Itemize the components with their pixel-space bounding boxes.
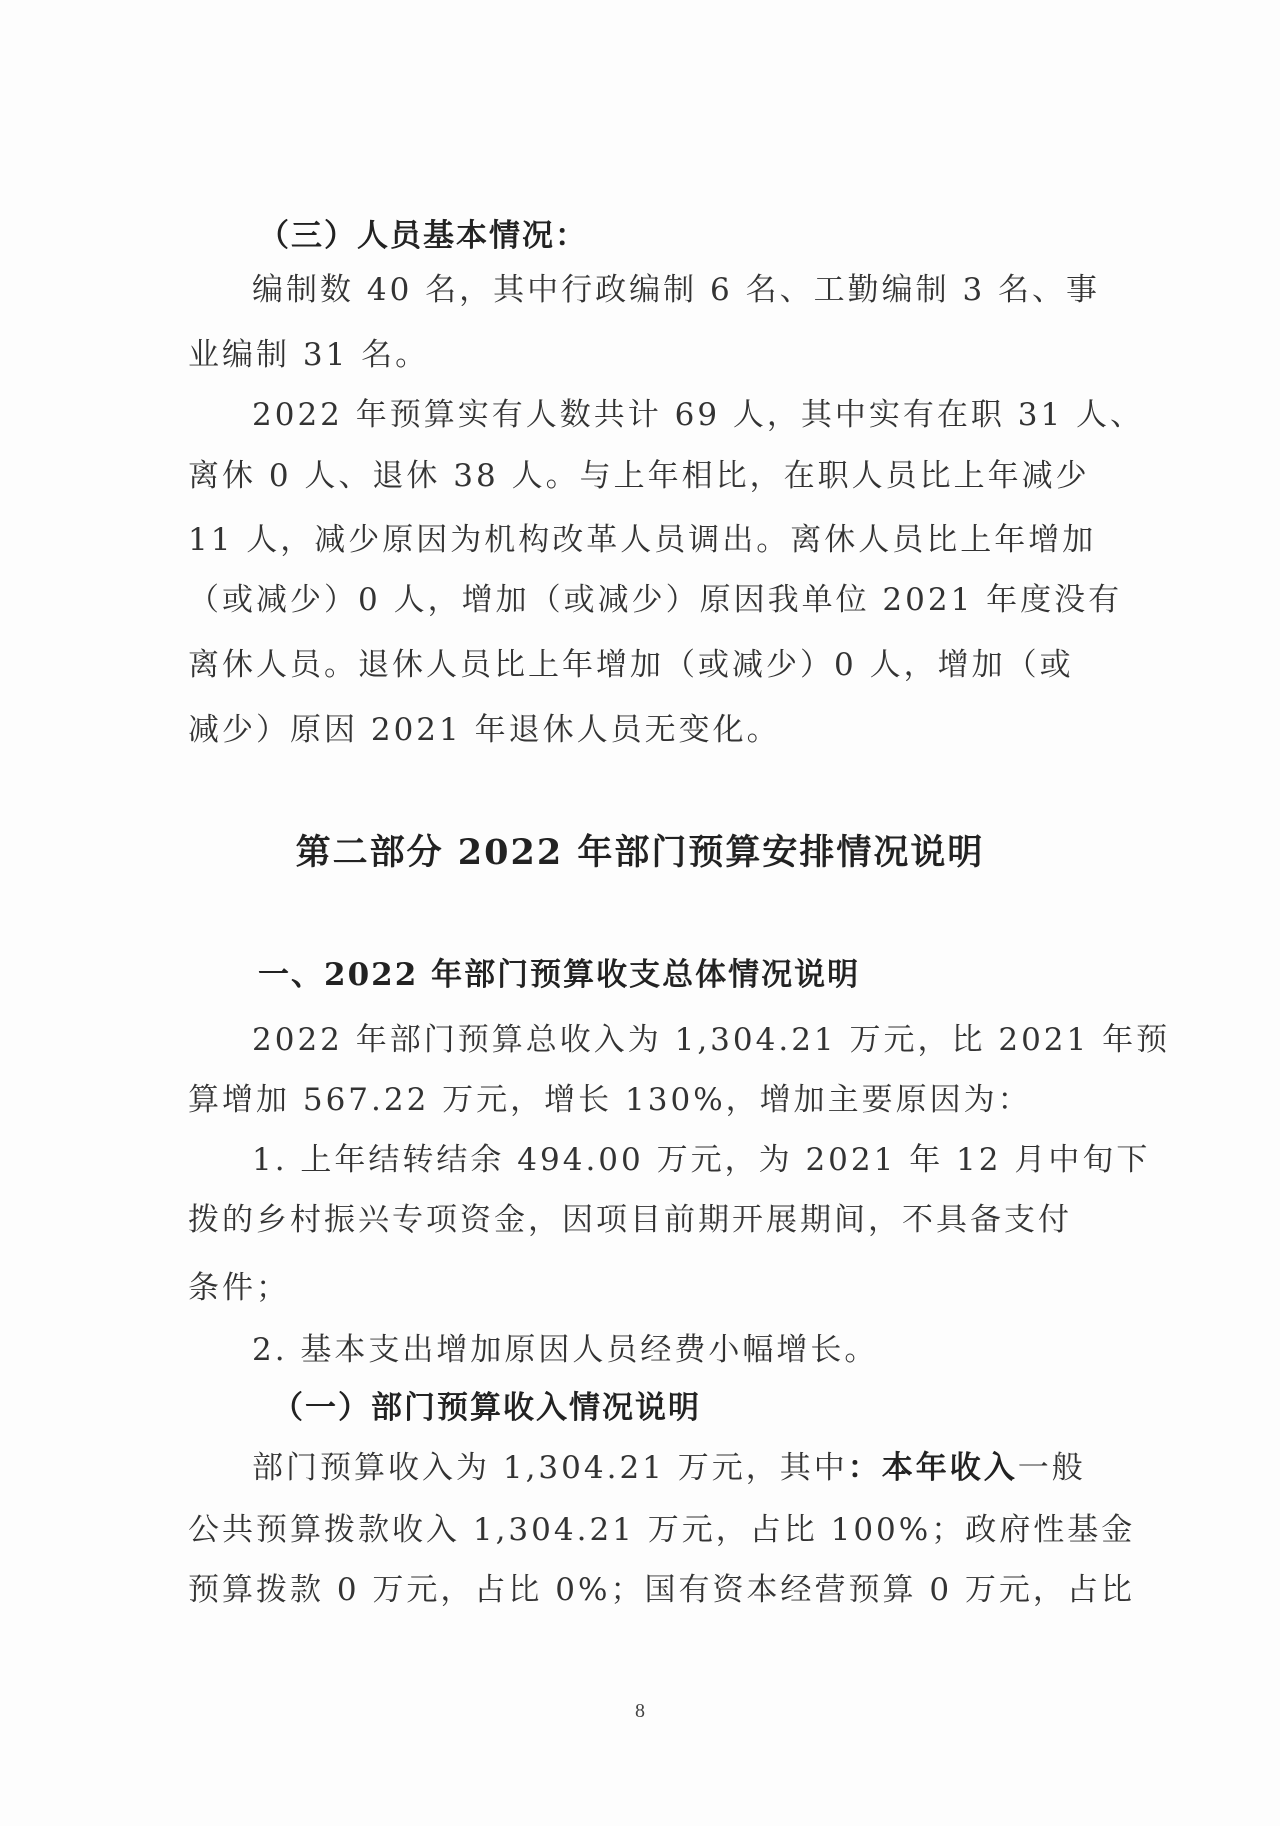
bold-text-segment: ：本年收入	[848, 1450, 1018, 1486]
text-line: 2022 年预算实有人数共计 69 人，其中实有在职 31 人、	[252, 395, 1144, 435]
text-line: （或减少）0 人，增加（或减少）原因我单位 2021 年度没有	[188, 580, 1122, 620]
page-number: 8	[0, 1700, 1280, 1723]
document-page: （三）人员基本情况： 编制数 40 名，其中行政编制 6 名、工勤编制 3 名、…	[0, 0, 1280, 1826]
text-line: 离休 0 人、退休 38 人。与上年相比，在职人员比上年减少	[188, 456, 1090, 496]
section-heading-personnel: （三）人员基本情况：	[258, 216, 588, 256]
section-heading-income: （一）部门预算收入情况说明	[272, 1388, 701, 1428]
text-segment: 部门预算收入为 1,304.21 万元，其中	[252, 1450, 848, 1486]
text-line: 预算拨款 0 万元，占比 0%；国有资本经营预算 0 万元，占比	[188, 1570, 1135, 1610]
text-line: 算增加 567.22 万元，增长 130%，增加主要原因为：	[188, 1080, 1032, 1120]
text-segment: 一般	[1018, 1450, 1086, 1486]
list-item-2: 2. 基本支出增加原因人员经费小幅增长。	[252, 1330, 878, 1370]
text-line: 公共预算拨款收入 1,304.21 万元，占比 100%；政府性基金	[188, 1510, 1135, 1550]
text-line: 11 人，减少原因为机构改革人员调出。离休人员比上年增加	[188, 520, 1096, 560]
list-item-1: 1. 上年结转结余 494.00 万元，为 2021 年 12 月中旬下	[252, 1140, 1150, 1180]
text-line: 离休人员。退休人员比上年增加（或减少）0 人，增加（或	[188, 645, 1074, 685]
text-line-income: 部门预算收入为 1,304.21 万元，其中：本年收入一般	[252, 1448, 1086, 1488]
text-line: 业编制 31 名。	[188, 335, 429, 375]
text-line: 减少）原因 2021 年退休人员无变化。	[188, 710, 781, 750]
text-line: 拨的乡村振兴专项资金，因项目前期开展期间，不具备支付	[188, 1200, 1072, 1240]
text-line: 条件；	[188, 1268, 290, 1308]
section-heading-overview: 一、2022 年部门预算收支总体情况说明	[258, 955, 860, 995]
part-two-title: 第二部分 2022 年部门预算安排情况说明	[0, 831, 1280, 875]
text-line: 2022 年部门预算总收入为 1,304.21 万元，比 2021 年预	[252, 1020, 1170, 1060]
text-line: 编制数 40 名，其中行政编制 6 名、工勤编制 3 名、事	[252, 270, 1100, 310]
